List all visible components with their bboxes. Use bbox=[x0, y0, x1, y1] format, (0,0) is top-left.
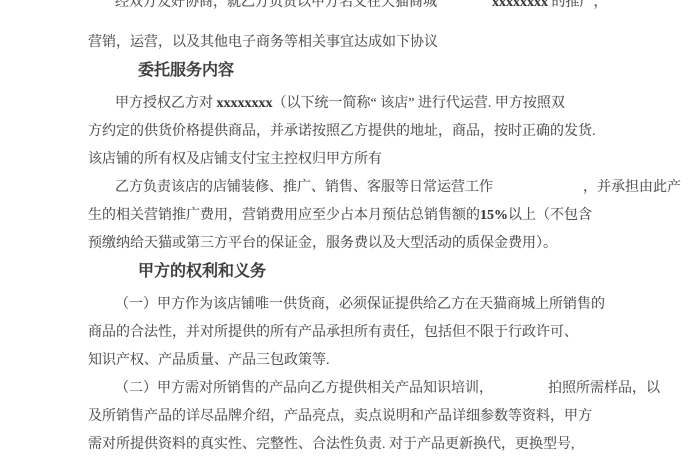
text-segment: 营销，运营，以及其他电子商务等相关事宜达成如下协议 bbox=[88, 35, 438, 50]
text-segment: 拍照所需样品，以 bbox=[548, 381, 660, 396]
section-heading: 甲方的权利和义务 bbox=[88, 258, 648, 286]
text-segment: xxxxxxxx bbox=[217, 96, 273, 111]
text-segment: 及所销售产品的详尽品牌介绍，产品亮点，卖点说明和产品详细参数等资料，甲方 bbox=[88, 409, 592, 424]
text-segment: 需对所提供资料的真实性、完整性、合法性负责. 对于产品更新换代，更换型号, bbox=[88, 437, 575, 452]
text-line: 知识产权、产品质量、产品三包政策等. bbox=[88, 347, 648, 375]
text-line: 方约定的供货价格提供商品，并承诺按照乙方提供的地址，商品，按时正确的发货. bbox=[88, 118, 648, 146]
text-line: 营销，运营，以及其他电子商务等相关事宜达成如下协议 bbox=[88, 29, 648, 57]
blank-space bbox=[437, 5, 492, 6]
text-segment: 甲方授权乙方对 bbox=[115, 96, 217, 111]
text-segment: 以上（不包含 bbox=[508, 208, 592, 223]
text-segment: 商品的合法性，并对所提供的所有产品承担所有责任，包括但不限于行政许可、 bbox=[88, 325, 578, 340]
document-page: 经双方友好协商，就乙方负责以甲方名义在天猫商城xxxxxxxx 的推广，营销，运… bbox=[0, 0, 700, 470]
text-segment: 知识产权、产品质量、产品三包政策等. bbox=[88, 353, 330, 368]
text-line: （一）甲方作为该店铺唯一供货商，必须保证提供给乙方在天猫商城上所销售的 bbox=[88, 291, 648, 319]
document-body: 经双方友好协商，就乙方负责以甲方名义在天猫商城xxxxxxxx 的推广，营销，运… bbox=[88, 0, 648, 459]
text-segment: 方约定的供货价格提供商品，并承诺按照乙方提供的地址，商品，按时正确的发货. bbox=[88, 124, 596, 139]
text-segment: 甲方的权利和义务 bbox=[138, 263, 266, 280]
text-line: 商品的合法性，并对所提供的所有产品承担所有责任，包括但不限于行政许可、 bbox=[88, 319, 648, 347]
text-segment: 该店铺的所有权及店铺支付宝主控权归甲方所有 bbox=[88, 152, 382, 167]
text-line: （二）甲方需对所销售的产品向乙方提供相关产品知识培训，拍照所需样品，以 bbox=[88, 375, 648, 403]
text-line: 及所销售产品的详尽品牌介绍，产品亮点，卖点说明和产品详细参数等资料，甲方 bbox=[88, 403, 648, 431]
text-segment: 15% bbox=[480, 208, 508, 223]
text-segment: xxxxxxxx bbox=[492, 0, 548, 10]
text-line: 乙方负责该店的店铺装修、推广、销售、客服等日常运营工作，并承担由此产 bbox=[88, 174, 648, 202]
text-segment: 乙方负责该店的店铺装修、推广、销售、客服等日常运营工作 bbox=[115, 180, 493, 195]
text-line: 需对所提供资料的真实性、完整性、合法性负责. 对于产品更新换代，更换型号, bbox=[88, 431, 648, 459]
text-segment: 经双方友好协商，就乙方负责以甲方名义在天猫商城 bbox=[115, 0, 437, 10]
text-line: 经双方友好协商，就乙方负责以甲方名义在天猫商城xxxxxxxx 的推广， bbox=[88, 0, 648, 17]
text-segment: 生的相关营销推广费用，营销费用应至少占本月预估总销售额的 bbox=[88, 208, 480, 223]
text-line: 甲方授权乙方对 xxxxxxxx（以下统一简称“ 该店” 进行代运营. 甲方按照… bbox=[88, 90, 648, 118]
text-segment: （一）甲方作为该店铺唯一供货商，必须保证提供给乙方在天猫商城上所销售的 bbox=[115, 297, 605, 312]
blank-space bbox=[493, 190, 583, 191]
text-segment: 的推广， bbox=[548, 0, 608, 10]
text-line: 生的相关营销推广费用，营销费用应至少占本月预估总销售额的15%以上（不包含 bbox=[88, 202, 648, 230]
text-line: 预缴纳给天猫或第三方平台的保证金，服务费以及大型活动的质保金费用）。 bbox=[88, 230, 648, 258]
blank-space bbox=[493, 391, 548, 392]
text-segment: 预缴纳给天猫或第三方平台的保证金，服务费以及大型活动的质保金费用）。 bbox=[88, 236, 557, 251]
text-segment: （二）甲方需对所销售的产品向乙方提供相关产品知识培训， bbox=[115, 381, 493, 396]
text-segment: （以下统一简称“ 该店” 进行代运营. 甲方按照双 bbox=[273, 96, 565, 111]
text-line: 该店铺的所有权及店铺支付宝主控权归甲方所有 bbox=[88, 146, 648, 174]
text-segment: ，并承担由此产 bbox=[583, 180, 681, 195]
text-segment: 委托服务内容 bbox=[138, 62, 234, 79]
section-heading: 委托服务内容 bbox=[88, 57, 648, 85]
